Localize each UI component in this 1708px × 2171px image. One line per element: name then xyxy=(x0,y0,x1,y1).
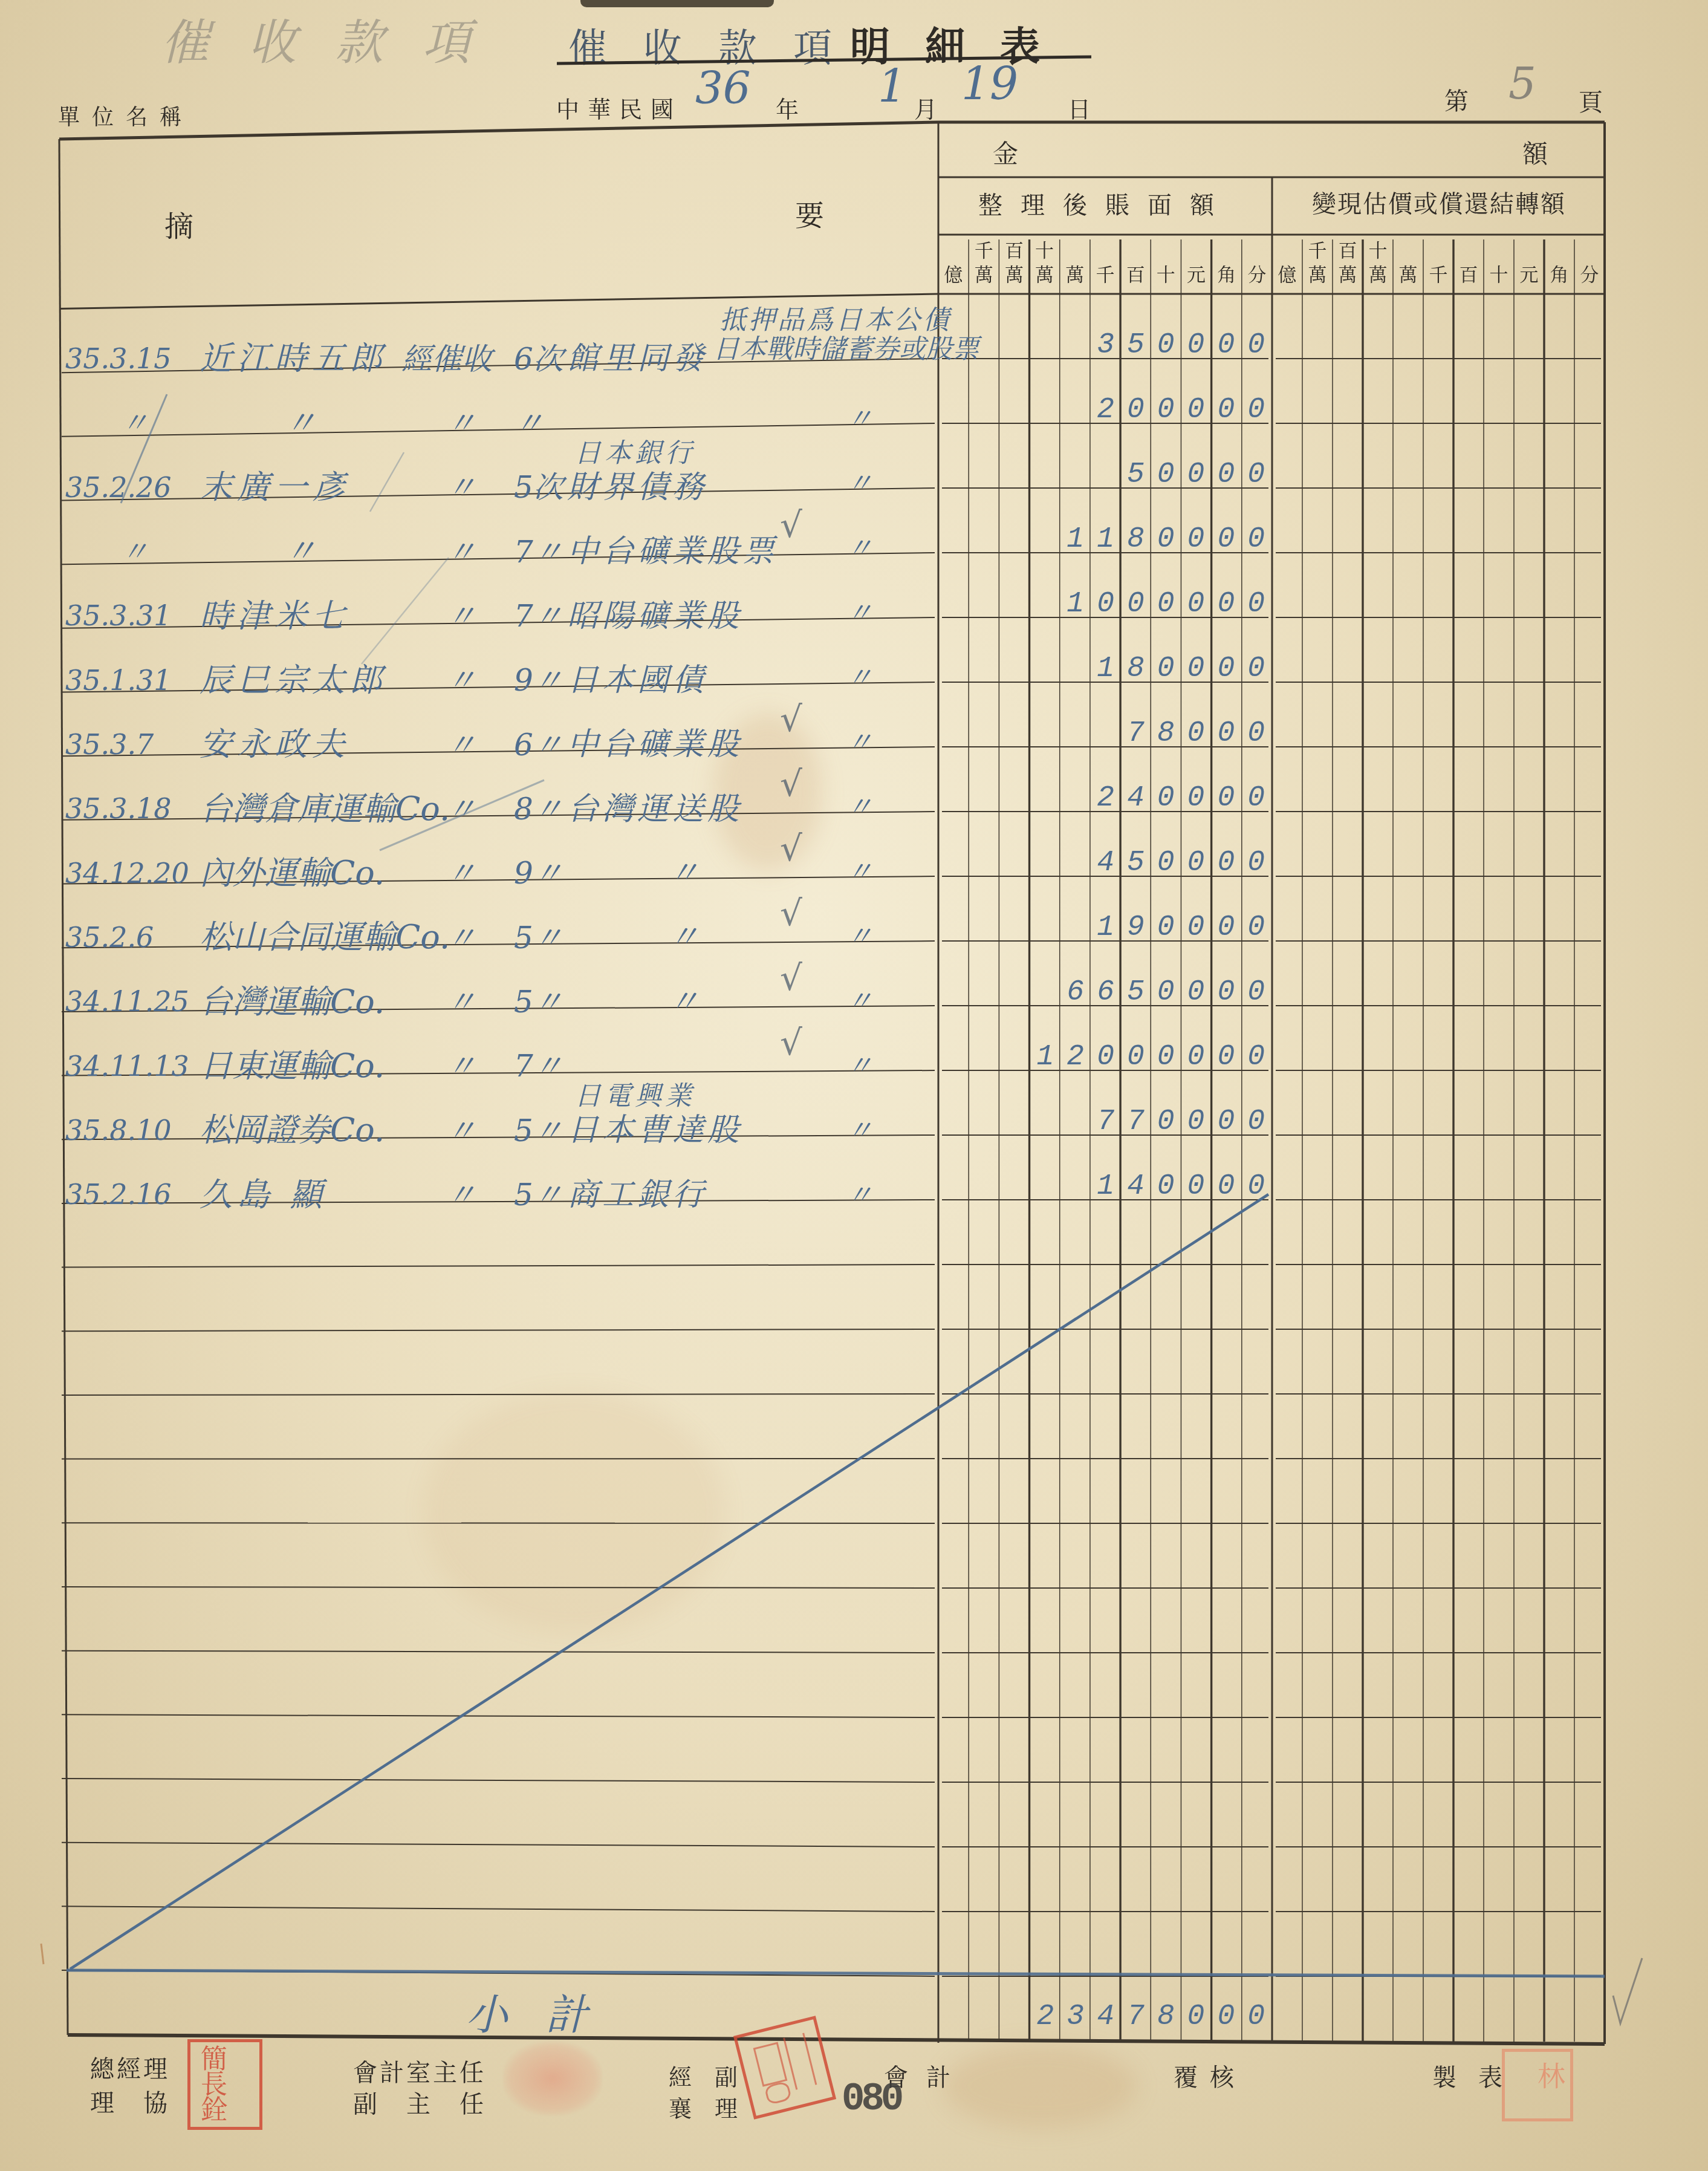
row-book-amount: 140000 xyxy=(1097,1169,1278,1204)
row-date: 35.3.15 xyxy=(65,342,172,376)
row-remark: 〃 xyxy=(846,1180,873,1212)
row-collateral: 〃 xyxy=(668,854,703,892)
row-action: 〃 xyxy=(446,920,476,956)
row-collection-count: 7〃 xyxy=(514,1048,563,1084)
row-debtor-name: 松山合同運輸Co. xyxy=(200,918,450,957)
row-collateral-top: 日電興業 xyxy=(574,1081,695,1113)
row-debtor-name: 日東運輸Co. xyxy=(200,1047,385,1086)
row-book-amount: 6650000 xyxy=(1067,975,1278,1010)
row-remark-top: 抵押品爲日本公債 xyxy=(719,305,952,337)
review-label: 覆核 xyxy=(1174,2059,1246,2093)
row-collateral: 中台礦業股 xyxy=(567,726,742,763)
check-mark-icon: √ xyxy=(780,504,802,547)
serial-number-stamp: 080 xyxy=(842,2078,900,2121)
row-book-amount: 1000000 xyxy=(1067,587,1278,622)
row-debtor-name: 辰巳宗太郎 xyxy=(200,661,387,700)
row-debtor-name: 時津米七 xyxy=(200,597,349,636)
row-date: 〃 xyxy=(121,406,149,440)
check-mark-icon: √ xyxy=(780,1022,802,1064)
row-action: 〃 xyxy=(446,791,476,827)
seal-glyph-stroke xyxy=(783,2033,817,2090)
row-collection-count: 7〃 xyxy=(514,534,563,570)
row-debtor-name: 〃 xyxy=(284,404,322,443)
row-collection-count: 7〃 xyxy=(514,598,563,634)
row-action: 〃 xyxy=(446,855,476,891)
row-book-amount: 770000 xyxy=(1097,1104,1278,1139)
row-remark: 〃 xyxy=(846,1050,873,1082)
row-debtor-name: 台灣運輸Co. xyxy=(200,983,385,1022)
row-collateral: 〃 xyxy=(668,919,703,956)
row-date: 34.12.20 xyxy=(65,857,189,890)
check-mark-icon: √ xyxy=(780,698,802,741)
row-remark: 日本戰時儲蓄券或股票 xyxy=(713,334,979,366)
assistant-label: 襄 理 xyxy=(669,2090,738,2123)
check-mark-icon: √ xyxy=(780,893,802,935)
row-remark: 〃 xyxy=(846,986,873,1018)
row-debtor-name: 安永政夫 xyxy=(200,725,349,764)
row-collection-count: 9〃 xyxy=(514,662,563,698)
row-book-amount: 350000 xyxy=(1097,328,1278,363)
row-collection-count: 8〃 xyxy=(514,791,563,827)
row-collection-count: 5次 xyxy=(514,469,563,506)
row-date: 〃 xyxy=(121,535,149,568)
seal-text: 林 xyxy=(1538,2054,1565,2094)
row-debtor-name: 久島 顯 xyxy=(200,1176,327,1215)
row-remark: 〃 xyxy=(846,856,873,888)
check-mark-icon: √ xyxy=(780,957,802,1000)
row-date: 35.3.18 xyxy=(65,792,172,825)
row-book-amount: 12000000 xyxy=(1037,1040,1278,1075)
row-collateral: 商工銀行 xyxy=(567,1176,707,1214)
row-collection-count: 5〃 xyxy=(514,1113,563,1149)
row-action: 〃 xyxy=(446,598,476,634)
row-date: 35.1.31 xyxy=(65,664,172,697)
general-manager-seal: 簡長銓 xyxy=(187,2039,262,2130)
row-debtor-name: 末廣一彥 xyxy=(200,468,349,507)
row-action: 〃 xyxy=(446,469,476,506)
row-collection-count: 6次 xyxy=(514,341,563,377)
row-date: 34.11.13 xyxy=(65,1050,189,1083)
row-action: 〃 xyxy=(446,1177,476,1213)
row-collection-count: 5〃 xyxy=(514,1177,563,1213)
row-collection-count: 〃 xyxy=(514,405,544,441)
row-collection-count: 6〃 xyxy=(514,727,563,763)
row-remark: 〃 xyxy=(846,921,873,953)
row-remark: 〃 xyxy=(846,1115,873,1147)
row-book-amount: 78000 xyxy=(1127,716,1278,751)
row-collection-count: 5〃 xyxy=(514,920,563,956)
subtotal-book-amount: 23478000 xyxy=(1037,1999,1278,2034)
row-collateral: 日本國債 xyxy=(567,662,707,699)
row-collateral: 台灣運送股 xyxy=(567,790,742,828)
accounting-chief-seal xyxy=(503,2042,602,2115)
row-date: 34.11.25 xyxy=(65,985,189,1018)
row-date: 35.2.6 xyxy=(65,921,154,954)
row-book-amount: 200000 xyxy=(1097,392,1278,428)
assistant-manager-label: 理 協 xyxy=(90,2084,170,2118)
row-book-amount: 50000 xyxy=(1127,457,1278,492)
row-date: 35.3.31 xyxy=(65,599,172,633)
row-action: 〃 xyxy=(446,727,476,763)
deputy-chief-label: 副 主 任 xyxy=(353,2085,486,2120)
row-remark: 〃 xyxy=(846,403,873,435)
general-manager-label: 總經理 xyxy=(90,2050,170,2085)
row-date: 35.8.10 xyxy=(65,1114,172,1147)
row-action: 〃 xyxy=(446,405,476,441)
row-debtor-name: 〃 xyxy=(284,532,322,571)
row-collateral: 昭陽礦業股 xyxy=(567,597,742,635)
row-date: 35.2.26 xyxy=(65,471,172,504)
row-collateral-top: 日本銀行 xyxy=(574,438,695,470)
row-remark: 〃 xyxy=(846,468,873,500)
row-remark: 〃 xyxy=(846,727,873,759)
row-action: 〃 xyxy=(446,984,476,1020)
row-action: 〃 xyxy=(446,1048,476,1084)
row-collateral: 財界債務 xyxy=(567,469,707,506)
row-action: 〃 xyxy=(446,534,476,570)
prepared-by-seal: 林 xyxy=(1502,2049,1573,2121)
row-debtor-name: 台灣倉庫運輸Co. xyxy=(200,790,450,829)
row-remark: 〃 xyxy=(846,533,873,565)
accounting-chief-label: 會計室主任 xyxy=(353,2054,486,2088)
row-debtor-name: 近江時五郎 xyxy=(200,339,387,379)
row-action: 經催收 xyxy=(401,341,492,377)
table-body: 35.3.15近江時五郎經催收6次館里同發抵押品爲日本公債日本戰時儲蓄券或股票3… xyxy=(0,0,1708,2171)
deputy-manager-label: 經 副 xyxy=(669,2059,738,2092)
row-debtor-name: 內外運輸Co. xyxy=(200,854,385,893)
row-date: 35.3.7 xyxy=(65,728,154,761)
row-collateral: 日本曹達股 xyxy=(567,1112,742,1149)
row-remark: 〃 xyxy=(846,662,873,694)
row-collateral: 館里同發 xyxy=(567,340,707,377)
row-collateral: 中台礦業股票 xyxy=(567,533,778,570)
seal-text: 簡長銓 xyxy=(195,2045,227,2128)
row-book-amount: 450000 xyxy=(1097,845,1278,880)
row-remark: 〃 xyxy=(846,792,873,824)
row-book-amount: 190000 xyxy=(1097,910,1278,945)
row-book-amount: 180000 xyxy=(1097,651,1278,686)
row-collection-count: 9〃 xyxy=(514,855,563,891)
row-collection-count: 5〃 xyxy=(514,984,563,1020)
row-debtor-name: 松岡證券Co. xyxy=(200,1111,385,1150)
row-collateral: 〃 xyxy=(668,983,703,1021)
check-mark-icon: √ xyxy=(780,763,802,806)
row-date: 35.2.16 xyxy=(65,1178,172,1211)
check-mark-icon: √ xyxy=(780,828,802,870)
row-action: 〃 xyxy=(446,1113,476,1149)
row-book-amount: 240000 xyxy=(1097,781,1278,816)
subtotal-label: 小計 xyxy=(466,1981,625,2042)
seal-glyph-stroke xyxy=(753,2042,788,2087)
row-remark: 〃 xyxy=(846,597,873,630)
row-action: 〃 xyxy=(446,662,476,698)
row-book-amount: 1180000 xyxy=(1067,522,1278,557)
